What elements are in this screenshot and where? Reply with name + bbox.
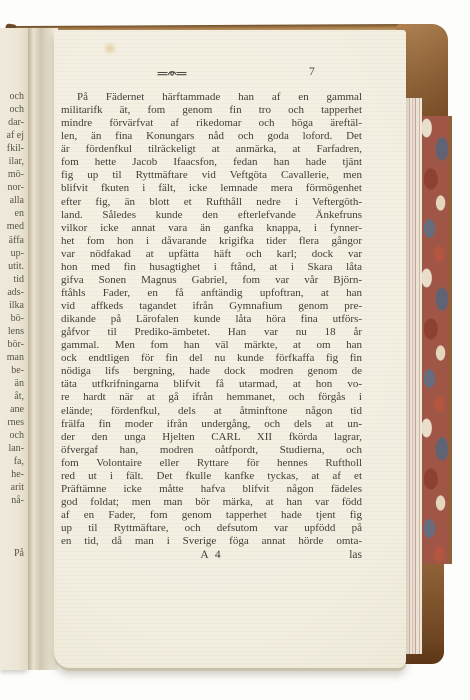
text-fragment: På — [0, 547, 24, 560]
text-fragment — [0, 521, 24, 534]
book-page: 7 På Fädernet härftammade han af en gamm… — [54, 30, 406, 668]
text-line: len, än fina Konungars nåd och goda lofo… — [61, 130, 362, 143]
text-fragment: ilar, — [0, 155, 24, 168]
text-line: täta utfkrifningarna blifvit få utarmad,… — [61, 378, 362, 391]
text-fragment: ane — [0, 403, 24, 416]
text-line: På Fädernet härftammade han af en gammal — [61, 91, 362, 104]
text-line: fom Volontaire eller Ryttare för hennes … — [61, 457, 362, 470]
text-fragment: ads- — [0, 286, 24, 299]
text-line: militarifk ät, fom genom fin tro och tap… — [61, 104, 362, 117]
text-fragment: dar- — [0, 116, 24, 129]
text-fragment — [0, 508, 24, 521]
text-line: öfvergaf han, modren oåtfpordt, Studiern… — [61, 444, 362, 457]
text-line: up til Ryttmäftare, och defsutom var upf… — [61, 522, 362, 535]
text-line: gammal. Men fom han väl märkte, at om ha… — [61, 339, 362, 352]
text-fragment: och — [0, 429, 24, 442]
text-line: dikande på Lärofalen kunde låta höra fin… — [61, 313, 362, 326]
text-line: ock endtligen för fin del nu kunde förfk… — [61, 352, 362, 365]
text-line: Präftämne icke måtte hafva blifvit någon… — [61, 483, 362, 496]
text-line: en tid, då man i Sverige föga annat hörd… — [61, 535, 362, 548]
book-photo: ochochdar-af ejfkil-ilar,mö-nor-allaenme… — [0, 0, 470, 700]
catchword: las — [349, 549, 362, 562]
page-text: På Fädernet härftammade han af en gammal… — [61, 91, 362, 563]
text-line: mindre förvärfvat af rikedomar och höga … — [61, 117, 362, 130]
text-line: fom hette Jacob Ifaacsfon, fedan han had… — [61, 156, 362, 169]
text-line: elände; fördenfkul, dels at åtminftone n… — [61, 405, 362, 418]
text-fragment: utit. — [0, 260, 24, 273]
header-ornament-icon — [157, 68, 187, 80]
marbled-board-edge — [420, 116, 452, 564]
text-line: är fördenfkul tilräckeligt at anmärka, a… — [61, 143, 362, 156]
text-line: frälfa fin moder ifrån undergång, och de… — [61, 418, 362, 431]
text-fragment — [0, 534, 24, 547]
text-fragment: alla — [0, 194, 24, 207]
text-fragment: up- — [0, 247, 24, 260]
foxing-spot — [102, 42, 118, 55]
text-fragment: arit — [0, 481, 24, 494]
text-fragment: bör- — [0, 338, 24, 351]
text-line: var nödfakad at upfätta häft och karl; d… — [61, 248, 362, 261]
text-fragment: tid — [0, 273, 24, 286]
page-number: 7 — [309, 66, 329, 78]
text-line: blifvit fkuten i fält, icke lemnade mera… — [61, 182, 362, 195]
text-fragment: än — [0, 377, 24, 390]
text-line: god foldat; men man bör märka, at han va… — [61, 496, 362, 509]
text-fragment: fa, — [0, 455, 24, 468]
text-fragment: af ej — [0, 129, 24, 142]
text-line: ftåhls Fader, en få anftändig upfoftran,… — [61, 287, 362, 300]
text-line: nödiga lifs bergning, hade dock modren g… — [61, 365, 362, 378]
text-fragment: ilka — [0, 299, 24, 312]
text-line: fig up til Ryttmäftare vid Veftgöta Cava… — [61, 169, 362, 182]
text-fragment: man — [0, 351, 24, 364]
signature-line: A 4 las — [61, 549, 362, 563]
text-line: hon med fin husagtighet i ftånd, at i Sk… — [61, 261, 362, 274]
left-page-text-fragments: ochochdar-af ejfkil-ilar,mö-nor-allaenme… — [0, 90, 24, 560]
text-fragment: och — [0, 103, 24, 116]
text-line: vilkor icke annat vara än ganfka knappa,… — [61, 222, 362, 235]
text-fragment: rnes — [0, 416, 24, 429]
text-fragment: åt, — [0, 390, 24, 403]
text-fragment: lens — [0, 325, 24, 338]
text-lines: På Fädernet härftammade han af en gammal… — [61, 91, 362, 548]
text-fragment: nor- — [0, 181, 24, 194]
text-fragment: mö- — [0, 168, 24, 181]
text-line: re hardt när at gå ifrån hemmanet, och f… — [61, 391, 362, 404]
text-line: gifva Sonen Magnus Gabriel, fom var vår … — [61, 274, 362, 287]
left-page-edge: ochochdar-af ejfkil-ilar,mö-nor-allaenme… — [0, 28, 30, 670]
text-fragment: lan- — [0, 442, 24, 455]
text-line: het fom hon i dåvarande krigifka tider f… — [61, 235, 362, 248]
text-line: red ut i fält. Det fkulle kanfke tyckas,… — [61, 470, 362, 483]
text-line: efter fig, än blott et Rufthåll nedre i … — [61, 196, 362, 209]
text-fragment: nå- — [0, 494, 24, 507]
text-fragment: en — [0, 207, 24, 220]
text-fragment: äffa — [0, 234, 24, 247]
text-line: af en Fader, fom genom tapperhet hade tj… — [61, 509, 362, 522]
text-fragment: he- — [0, 468, 24, 481]
text-fragment: fkil- — [0, 142, 24, 155]
text-line: gåfvor til Prediko-ämbetet. Han var nu 1… — [61, 326, 362, 339]
text-fragment: bö- — [0, 312, 24, 325]
text-line: vid affkeds tagandet ifrån Gymnafium gen… — [61, 300, 362, 313]
text-line: der den unga Hjelten CARL XII fkörda lag… — [61, 431, 362, 444]
text-fragment: be- — [0, 364, 24, 377]
text-line: land. Således kunde den efterlefvande Än… — [61, 209, 362, 222]
signature-mark: A 4 — [61, 549, 362, 562]
text-fragment: och — [0, 90, 24, 103]
text-fragment: med — [0, 220, 24, 233]
